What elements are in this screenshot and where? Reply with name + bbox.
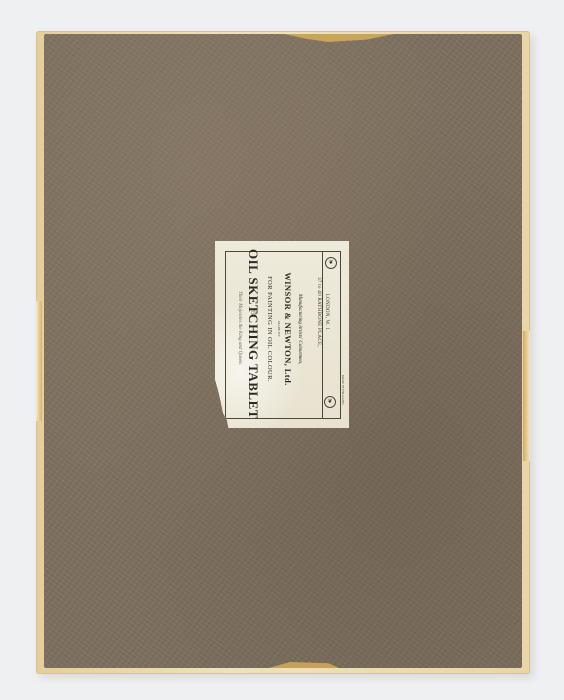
label-subtitle: FOR PAINTING IN OIL COLOUR. [266, 251, 273, 407]
sketching-board: ♔ Their Majesties the King and Queen. OI… [36, 31, 530, 674]
worn-right-edge [523, 331, 530, 461]
label-divider [322, 252, 323, 418]
label-title: OIL SKETCHING TABLET [245, 249, 261, 409]
maker-trade: Manufacturing Artists' Colourmen, [297, 251, 302, 407]
paper-tear-bottom [269, 662, 339, 668]
maker-label: ♔ Their Majesties the King and Queen. OI… [215, 241, 349, 428]
address-line-1: 37 to 40 RATHBONE PLACE, [316, 249, 321, 375]
country-of-origin: MADE IN ENGLAND. [341, 365, 345, 415]
griffin-emblem-icon: ❦ [325, 257, 337, 269]
paper-tear-top [284, 34, 394, 42]
worn-left-edge [36, 301, 42, 421]
paper-backing: ♔ Their Majesties the King and Queen. OI… [44, 34, 522, 668]
maker-name: WINSOR & NEWTON, Ltd. [283, 251, 293, 407]
made-by-text: MADE BY [277, 251, 281, 407]
royal-warrant-text: Their Majesties the King and Queen. [237, 253, 242, 403]
griffin-emblem-icon: ❦ [324, 396, 336, 408]
